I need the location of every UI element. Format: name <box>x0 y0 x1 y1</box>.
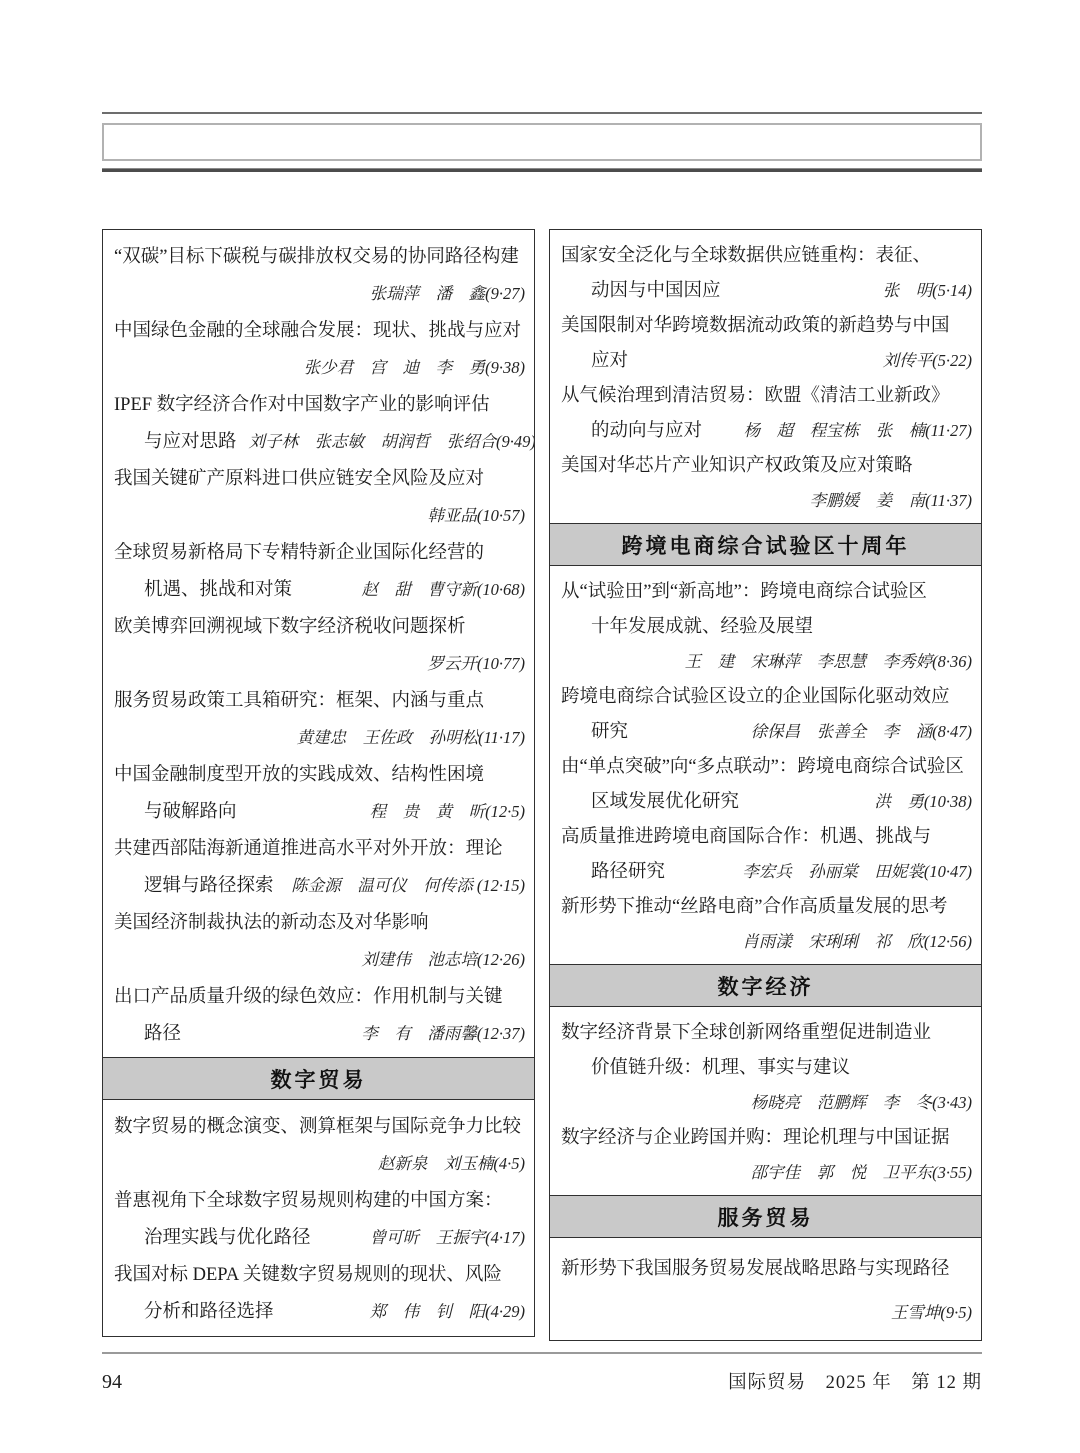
article-title: 应对 <box>561 346 628 372</box>
article-authors-pageref: 肖雨漾 宋琍琍 祁 欣(12·56) <box>730 928 972 952</box>
masthead-bottom-rule <box>102 168 982 172</box>
article-authors-pageref: 邵宇佳 郭 悦 卫平东(3·55) <box>739 1159 972 1183</box>
article-line: 美国限制对华跨境数据流动政策的新趋势与中国 <box>550 307 981 342</box>
article-entry: 共建西部陆海新通道推进高水平对外开放：理论逻辑与路径探索陈金源 温可仪 何传添 … <box>103 829 534 903</box>
article-authors-pageref: 王 建 宋琳萍 李思慧 李秀婷(8·36) <box>673 648 972 672</box>
article-title: 出口产品质量升级的绿色效应：作用机制与关键 <box>114 982 503 1008</box>
article-entry: 美国经济制裁执法的新动态及对华影响刘建伟 池志培(12·26) <box>103 903 534 977</box>
article-authors-pageref: 杨 超 程宝栋 张 楠(11·27) <box>732 417 972 441</box>
article-title: 中国金融制度型开放的实践成效、结构性困境 <box>114 760 484 786</box>
article-line: 新形势下推动“丝路电商”合作高质量发展的思考 <box>550 888 981 923</box>
article-title: 普惠视角下全球数字贸易规则构建的中国方案： <box>114 1186 503 1212</box>
section-header: 跨境电商综合试验区十周年 <box>549 523 982 566</box>
article-title: 路径研究 <box>561 857 665 883</box>
journal-toc-page: “双碳”目标下碳税与碳排放权交易的协同路径构建张瑞萍 潘 鑫(9·27)中国绿色… <box>0 0 1080 1453</box>
toc-column-left: “双碳”目标下碳税与碳排放权交易的协同路径构建张瑞萍 潘 鑫(9·27)中国绿色… <box>102 230 535 1337</box>
article-authors-pageref: 黄建忠 王佐政 孙明松(11·17) <box>285 724 525 748</box>
article-authors-pageref: 曾可昕 王振宇(4·17) <box>358 1224 525 1248</box>
toc-columns: “双碳”目标下碳税与碳排放权交易的协同路径构建张瑞萍 潘 鑫(9·27)中国绿色… <box>102 230 982 1341</box>
article-authors-pageref: 韩亚品(10·57) <box>415 502 525 526</box>
article-title: 国家安全泛化与全球数据供应链重构：表征、 <box>561 241 931 267</box>
toc-column-right: 国家安全泛化与全球数据供应链重构：表征、动因与中国因应张 明(5·14)美国限制… <box>549 230 982 1341</box>
article-line: 的动向与应对杨 超 程宝栋 张 楠(11·27) <box>550 412 981 447</box>
articles-box: 国家安全泛化与全球数据供应链重构：表征、动因与中国因应张 明(5·14)美国限制… <box>549 229 982 525</box>
article-authors-pageref: 罗云开(10·77) <box>415 650 525 674</box>
section-header-label: 数字经济 <box>718 971 814 1001</box>
article-line: 新形势下我国服务贸易发展战略思路与实现路径 <box>550 1245 981 1289</box>
article-title: 分析和路径选择 <box>114 1297 274 1323</box>
article-entry: 服务贸易政策工具箱研究：框架、内涵与重点黄建忠 王佐政 孙明松(11·17) <box>103 681 534 755</box>
article-authors-pageref: 刘子林 张志敏 胡润哲 张绍合(9·49) <box>237 428 534 452</box>
article-authors-pageref: 赵 甜 曹守新(10·68) <box>349 576 525 600</box>
article-line: 我国对标 DEPA 关键数字贸易规则的现状、风险 <box>103 1255 534 1292</box>
article-title: 我国关键矿产原料进口供应链安全风险及应对 <box>114 464 484 490</box>
section-header-label: 数字贸易 <box>271 1064 367 1094</box>
article-title: IPEF 数字经济合作对中国数字产业的影响评估 <box>114 390 490 416</box>
article-authors-pageref: 赵新泉 刘玉楠(4·5) <box>366 1150 525 1174</box>
article-line: 共建西部陆海新通道推进高水平对外开放：理论 <box>103 829 534 866</box>
article-entry: 普惠视角下全球数字贸易规则构建的中国方案：治理实践与优化路径曾可昕 王振宇(4·… <box>103 1181 534 1255</box>
footer-rule <box>102 1352 982 1354</box>
article-entry: 美国限制对华跨境数据流动政策的新趋势与中国应对刘传平(5·22) <box>550 307 981 377</box>
article-entry: 新形势下推动“丝路电商”合作高质量发展的思考肖雨漾 宋琍琍 祁 欣(12·56) <box>550 888 981 958</box>
article-title: 机遇、挑战和对策 <box>114 575 292 601</box>
article-entry: 数字贸易的概念演变、测算框架与国际竞争力比较赵新泉 刘玉楠(4·5) <box>103 1107 534 1181</box>
article-authors-pageref: 刘传平(5·22) <box>871 347 972 371</box>
article-line: 数字贸易的概念演变、测算框架与国际竞争力比较 <box>103 1107 534 1144</box>
article-title: 的动向与应对 <box>561 416 702 442</box>
article-title: 我国对标 DEPA 关键数字贸易规则的现状、风险 <box>114 1260 502 1286</box>
article-title: 与应对思路 <box>114 427 237 453</box>
article-entry: 数字经济与企业跨国并购：理论机理与中国证据邵宇佳 郭 悦 卫平东(3·55) <box>550 1119 981 1189</box>
article-line: 研究徐保昌 张善全 李 涵(8·47) <box>550 713 981 748</box>
article-line: 李鹏媛 姜 南(11·37) <box>550 482 981 517</box>
article-title: 由“单点突破”向“多点联动”：跨境电商综合试验区 <box>561 752 964 778</box>
article-line: 罗云开(10·77) <box>103 644 534 681</box>
article-line: 动因与中国因应张 明(5·14) <box>550 272 981 307</box>
article-line: 肖雨漾 宋琍琍 祁 欣(12·56) <box>550 923 981 958</box>
article-line: 美国经济制裁执法的新动态及对华影响 <box>103 903 534 940</box>
article-line: 治理实践与优化路径曾可昕 王振宇(4·17) <box>103 1218 534 1255</box>
article-authors-pageref: 程 贵 黄 昕(12·5) <box>358 798 525 822</box>
article-line: 普惠视角下全球数字贸易规则构建的中国方案： <box>103 1181 534 1218</box>
article-line: 赵新泉 刘玉楠(4·5) <box>103 1144 534 1181</box>
article-line: 刘建伟 池志培(12·26) <box>103 940 534 977</box>
article-title: 全球贸易新格局下专精特新企业国际化经营的 <box>114 538 484 564</box>
article-line: 王 建 宋琳萍 李思慧 李秀婷(8·36) <box>550 643 981 678</box>
article-title: 与破解路向 <box>114 797 237 823</box>
article-authors-pageref: 陈金源 温可仪 何传添 (12·15) <box>279 872 525 896</box>
masthead-top-rule <box>102 112 982 114</box>
article-authors-pageref: 李宏兵 孙丽棠 田妮裳(10·47) <box>730 858 972 882</box>
article-line: 邵宇佳 郭 悦 卫平东(3·55) <box>550 1154 981 1189</box>
article-line: “双碳”目标下碳税与碳排放权交易的协同路径构建 <box>103 237 534 274</box>
journal-issue: 国际贸易 2025 年 第 12 期 <box>728 1368 982 1394</box>
article-line: 从气候治理到清洁贸易：欧盟《清洁工业新政》 <box>550 377 981 412</box>
articles-box: 数字贸易的概念演变、测算框架与国际竞争力比较赵新泉 刘玉楠(4·5)普惠视角下全… <box>102 1099 535 1337</box>
article-title: 区域发展优化研究 <box>561 787 739 813</box>
article-line: 区域发展优化研究洪 勇(10·38) <box>550 783 981 818</box>
article-line: 逻辑与路径探索陈金源 温可仪 何传添 (12·15) <box>103 866 534 903</box>
article-title: 研究 <box>561 717 628 743</box>
section-header: 数字贸易 <box>102 1057 535 1100</box>
article-authors-pageref: 杨晓亮 范鹏辉 李 冬(3·43) <box>739 1089 972 1113</box>
article-title: 新形势下我国服务贸易发展战略思路与实现路径 <box>561 1254 950 1280</box>
article-authors-pageref: 洪 勇(10·38) <box>862 788 972 812</box>
article-entry: 中国绿色金融的全球融合发展：现状、挑战与应对张少君 宫 迪 李 勇(9·38) <box>103 311 534 385</box>
article-entry: 国家安全泛化与全球数据供应链重构：表征、动因与中国因应张 明(5·14) <box>550 237 981 307</box>
article-title: 高质量推进跨境电商国际合作：机遇、挑战与 <box>561 822 931 848</box>
article-entry: 从“试验田”到“新高地”：跨境电商综合试验区十年发展成就、经验及展望王 建 宋琳… <box>550 573 981 678</box>
article-authors-pageref: 李鹏媛 姜 南(11·37) <box>798 487 972 511</box>
article-entry: 出口产品质量升级的绿色效应：作用机制与关键路径李 有 潘雨馨(12·37) <box>103 977 534 1051</box>
article-entry: 高质量推进跨境电商国际合作：机遇、挑战与路径研究李宏兵 孙丽棠 田妮裳(10·4… <box>550 818 981 888</box>
article-line: 跨境电商综合试验区设立的企业国际化驱动效应 <box>550 678 981 713</box>
article-entry: 欧美博弈回溯视域下数字经济税收问题探析罗云开(10·77) <box>103 607 534 681</box>
article-authors-pageref: 张少君 宫 迪 李 勇(9·38) <box>292 354 525 378</box>
article-title: 数字经济背景下全球创新网络重塑促进制造业 <box>561 1018 931 1044</box>
article-title: 服务贸易政策工具箱研究：框架、内涵与重点 <box>114 686 484 712</box>
article-entry: IPEF 数字经济合作对中国数字产业的影响评估与应对思路刘子林 张志敏 胡润哲 … <box>103 385 534 459</box>
article-entry: 全球贸易新格局下专精特新企业国际化经营的机遇、挑战和对策赵 甜 曹守新(10·6… <box>103 533 534 607</box>
masthead-box <box>102 123 982 161</box>
article-line: 杨晓亮 范鹏辉 李 冬(3·43) <box>550 1084 981 1119</box>
article-authors-pageref: 徐保昌 张善全 李 涵(8·47) <box>739 718 972 742</box>
article-title: 共建西部陆海新通道推进高水平对外开放：理论 <box>114 834 503 860</box>
article-line: 机遇、挑战和对策赵 甜 曹守新(10·68) <box>103 570 534 607</box>
article-line: 数字经济背景下全球创新网络重塑促进制造业 <box>550 1014 981 1049</box>
article-authors-pageref: 张 明(5·14) <box>871 277 972 301</box>
article-entry: 从气候治理到清洁贸易：欧盟《清洁工业新政》的动向与应对杨 超 程宝栋 张 楠(1… <box>550 377 981 447</box>
article-title: 治理实践与优化路径 <box>114 1223 311 1249</box>
article-line: 与应对思路刘子林 张志敏 胡润哲 张绍合(9·49) <box>103 422 534 459</box>
articles-box: “双碳”目标下碳税与碳排放权交易的协同路径构建张瑞萍 潘 鑫(9·27)中国绿色… <box>102 229 535 1059</box>
section-header: 数字经济 <box>549 964 982 1007</box>
article-line: 张少君 宫 迪 李 勇(9·38) <box>103 348 534 385</box>
article-entry: “双碳”目标下碳税与碳排放权交易的协同路径构建张瑞萍 潘 鑫(9·27) <box>103 237 534 311</box>
article-title: 美国经济制裁执法的新动态及对华影响 <box>114 908 429 934</box>
article-line: 高质量推进跨境电商国际合作：机遇、挑战与 <box>550 818 981 853</box>
page-number: 94 <box>102 1371 122 1394</box>
article-title: 中国绿色金融的全球融合发展：现状、挑战与应对 <box>114 316 521 342</box>
section-header-label: 服务贸易 <box>718 1202 814 1232</box>
article-title: 美国限制对华跨境数据流动政策的新趋势与中国 <box>561 311 950 337</box>
article-entry: 新形势下我国服务贸易发展战略思路与实现路径王雪坤(9·5) <box>550 1245 981 1333</box>
article-authors-pageref: 李 有 潘雨馨(12·37) <box>349 1020 525 1044</box>
article-line: 十年发展成就、经验及展望 <box>550 608 981 643</box>
article-line: 从“试验田”到“新高地”：跨境电商综合试验区 <box>550 573 981 608</box>
article-title: 路径 <box>114 1019 181 1045</box>
article-title: “双碳”目标下碳税与碳排放权交易的协同路径构建 <box>114 242 519 268</box>
article-entry: 中国金融制度型开放的实践成效、结构性困境与破解路向程 贵 黄 昕(12·5) <box>103 755 534 829</box>
article-line: 价值链升级：机理、事实与建议 <box>550 1049 981 1084</box>
article-line: 王雪坤(9·5) <box>550 1289 981 1333</box>
article-line: 美国对华芯片产业知识产权政策及应对策略 <box>550 447 981 482</box>
article-title: 美国对华芯片产业知识产权政策及应对策略 <box>561 451 913 477</box>
article-title: 数字贸易的概念演变、测算框架与国际竞争力比较 <box>114 1112 521 1138</box>
article-line: 分析和路径选择郑 伟 钊 阳(4·29) <box>103 1292 534 1329</box>
article-line: 应对刘传平(5·22) <box>550 342 981 377</box>
article-line: 国家安全泛化与全球数据供应链重构：表征、 <box>550 237 981 272</box>
page-footer: 94 国际贸易 2025 年 第 12 期 <box>102 1368 982 1394</box>
article-entry: 我国关键矿产原料进口供应链安全风险及应对韩亚品(10·57) <box>103 459 534 533</box>
article-line: 数字经济与企业跨国并购：理论机理与中国证据 <box>550 1119 981 1154</box>
article-line: 中国金融制度型开放的实践成效、结构性困境 <box>103 755 534 792</box>
article-title: 从“试验田”到“新高地”：跨境电商综合试验区 <box>561 577 927 603</box>
article-line: 出口产品质量升级的绿色效应：作用机制与关键 <box>103 977 534 1014</box>
article-title: 数字经济与企业跨国并购：理论机理与中国证据 <box>561 1123 950 1149</box>
article-title: 逻辑与路径探索 <box>114 871 274 897</box>
article-line: 黄建忠 王佐政 孙明松(11·17) <box>103 718 534 755</box>
article-entry: 美国对华芯片产业知识产权政策及应对策略李鹏媛 姜 南(11·37) <box>550 447 981 517</box>
article-title: 新形势下推动“丝路电商”合作高质量发展的思考 <box>561 892 947 918</box>
article-line: IPEF 数字经济合作对中国数字产业的影响评估 <box>103 385 534 422</box>
articles-box: 从“试验田”到“新高地”：跨境电商综合试验区十年发展成就、经验及展望王 建 宋琳… <box>549 565 982 966</box>
article-line: 由“单点突破”向“多点联动”：跨境电商综合试验区 <box>550 748 981 783</box>
article-authors-pageref: 郑 伟 钊 阳(4·29) <box>358 1298 525 1322</box>
article-line: 路径李 有 潘雨馨(12·37) <box>103 1014 534 1051</box>
article-line: 与破解路向程 贵 黄 昕(12·5) <box>103 792 534 829</box>
article-entry: 我国对标 DEPA 关键数字贸易规则的现状、风险分析和路径选择郑 伟 钊 阳(4… <box>103 1255 534 1329</box>
articles-box: 新形势下我国服务贸易发展战略思路与实现路径王雪坤(9·5) <box>549 1237 982 1341</box>
section-header-label: 跨境电商综合试验区十周年 <box>622 530 910 560</box>
article-entry: 跨境电商综合试验区设立的企业国际化驱动效应研究徐保昌 张善全 李 涵(8·47) <box>550 678 981 748</box>
article-line: 服务贸易政策工具箱研究：框架、内涵与重点 <box>103 681 534 718</box>
article-line: 路径研究李宏兵 孙丽棠 田妮裳(10·47) <box>550 853 981 888</box>
article-title: 从气候治理到清洁贸易：欧盟《清洁工业新政》 <box>561 381 950 407</box>
section-header: 服务贸易 <box>549 1195 982 1238</box>
article-authors-pageref: 刘建伟 池志培(12·26) <box>349 946 525 970</box>
article-title: 动因与中国因应 <box>561 276 721 302</box>
article-line: 韩亚品(10·57) <box>103 496 534 533</box>
article-line: 我国关键矿产原料进口供应链安全风险及应对 <box>103 459 534 496</box>
article-entry: 数字经济背景下全球创新网络重塑促进制造业价值链升级：机理、事实与建议杨晓亮 范鹏… <box>550 1014 981 1119</box>
article-title: 跨境电商综合试验区设立的企业国际化驱动效应 <box>561 682 950 708</box>
article-authors-pageref: 王雪坤(9·5) <box>879 1299 972 1323</box>
article-line: 张瑞萍 潘 鑫(9·27) <box>103 274 534 311</box>
article-line: 中国绿色金融的全球融合发展：现状、挑战与应对 <box>103 311 534 348</box>
article-authors-pageref: 张瑞萍 潘 鑫(9·27) <box>358 280 525 304</box>
articles-box: 数字经济背景下全球创新网络重塑促进制造业价值链升级：机理、事实与建议杨晓亮 范鹏… <box>549 1006 982 1197</box>
page-content: “双碳”目标下碳税与碳排放权交易的协同路径构建张瑞萍 潘 鑫(9·27)中国绿色… <box>102 0 982 1341</box>
article-entry: 由“单点突破”向“多点联动”：跨境电商综合试验区区域发展优化研究洪 勇(10·3… <box>550 748 981 818</box>
article-title: 欧美博弈回溯视域下数字经济税收问题探析 <box>114 612 466 638</box>
article-title: 价值链升级：机理、事实与建议 <box>561 1053 850 1079</box>
article-line: 全球贸易新格局下专精特新企业国际化经营的 <box>103 533 534 570</box>
article-line: 欧美博弈回溯视域下数字经济税收问题探析 <box>103 607 534 644</box>
article-title: 十年发展成就、经验及展望 <box>561 612 813 638</box>
